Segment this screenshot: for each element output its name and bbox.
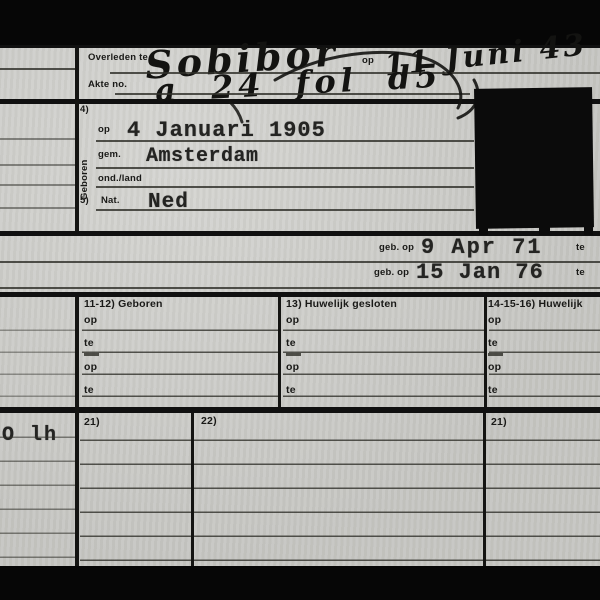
te-underline xyxy=(286,353,301,356)
rule-line xyxy=(0,287,600,289)
op-label: op xyxy=(286,314,299,326)
geb-date-value: 9 Apr 71 xyxy=(421,235,543,260)
op-label: op xyxy=(286,361,299,373)
table-column-divider xyxy=(484,297,487,407)
ond-land-label: ond./land xyxy=(98,173,142,184)
field-5-label: 5) xyxy=(80,195,89,206)
table-header-huwelijk: 14-15-16) Huwelijk xyxy=(488,298,583,310)
te-label: te xyxy=(576,242,585,253)
birth-city-value: Amsterdam xyxy=(146,145,259,168)
nat-label: Nat. xyxy=(101,195,120,206)
ruled-lines xyxy=(194,417,483,564)
rule-line xyxy=(0,138,75,140)
te-label: te xyxy=(286,337,296,349)
rule-line xyxy=(0,68,75,70)
geb-op-label: geb. op xyxy=(379,242,414,253)
redaction-box-foot xyxy=(539,226,550,235)
te-label: te xyxy=(488,384,498,396)
op-label: op xyxy=(98,124,110,135)
ruled-lines xyxy=(283,309,484,401)
scan-bottom-band xyxy=(0,566,600,600)
op-label: op xyxy=(488,361,501,373)
redaction-box-foot xyxy=(584,226,593,235)
te-underline xyxy=(488,353,503,356)
margin-divider xyxy=(75,297,79,566)
geb-date-value: 15 Jan 76 xyxy=(416,260,544,285)
ruled-lines xyxy=(82,309,278,401)
overleden-te-label: Overleden te xyxy=(88,52,148,63)
rule-line xyxy=(96,140,474,142)
rule-line xyxy=(0,184,75,186)
te-label: te xyxy=(84,337,94,349)
scanned-card: Overleden te Sobibor op 11 Juni 43 Akte … xyxy=(0,0,600,600)
te-label: te xyxy=(286,384,296,396)
ruled-lines xyxy=(486,417,600,564)
geboren-vertical-label: Geboren xyxy=(79,128,90,200)
field-4-label: 4) xyxy=(80,104,89,115)
table-header-huwelijk-gesloten: 13) Huwelijk gesloten xyxy=(286,298,397,310)
akte-no-label: Akte no. xyxy=(88,79,127,90)
op-label: op xyxy=(84,361,97,373)
table-column-divider xyxy=(278,297,281,407)
rule-line xyxy=(96,167,474,169)
geb-op-label: geb. op xyxy=(374,267,409,278)
ruled-lines xyxy=(0,309,75,401)
rule-line xyxy=(96,209,474,211)
redaction-box xyxy=(474,87,594,229)
te-label: te xyxy=(84,384,94,396)
ruled-lines xyxy=(0,414,75,564)
redaction-box-foot xyxy=(479,226,488,235)
te-label: te xyxy=(488,337,498,349)
rule-line xyxy=(96,186,474,188)
ruled-lines xyxy=(489,309,600,401)
section-divider xyxy=(0,407,600,413)
op-label: op xyxy=(84,314,97,326)
te-label: te xyxy=(576,267,585,278)
table-header-geboren: 11-12) Geboren xyxy=(84,298,163,310)
section-divider xyxy=(0,292,600,297)
ruled-lines xyxy=(80,417,191,564)
rule-line xyxy=(0,164,75,166)
rule-line xyxy=(0,207,75,209)
te-underline xyxy=(84,353,99,356)
gem-label: gem. xyxy=(98,149,121,160)
op-label: op xyxy=(488,314,501,326)
